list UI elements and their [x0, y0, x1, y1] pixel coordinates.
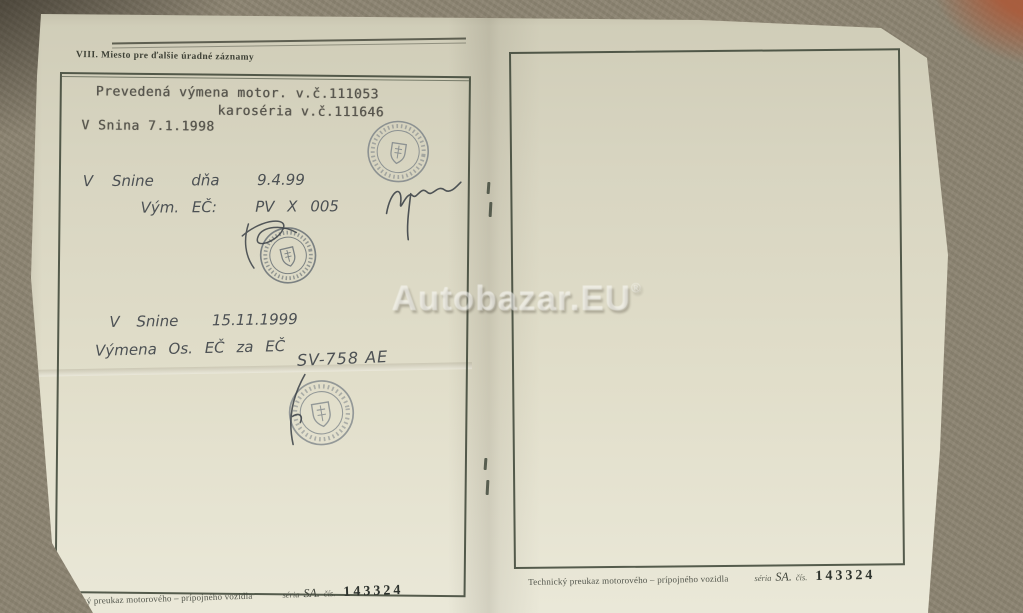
registered-trademark-icon: ® — [632, 281, 642, 296]
document-title: Technický preukaz motorového – prípojnéh… — [52, 591, 253, 607]
section-header: VIII. Miesto pre ďalšie úradné záznamy — [76, 50, 464, 66]
fold-stitch-mark — [489, 202, 493, 217]
photo-of-document: VIII. Miesto pre ďalšie úradné záznamy P… — [0, 0, 1023, 613]
typed-record-line-3: V Snina 7.1.1998 — [81, 118, 214, 134]
fold-stitch-mark — [487, 182, 491, 194]
serial-number: 143324 — [815, 568, 875, 585]
double-rule-line — [62, 76, 469, 81]
typed-record-line-1: Prevedená výmena motor. v.č.111053 — [96, 84, 379, 102]
handwritten-note-2: Výmena Os. EČ za EČ — [95, 337, 285, 360]
series-label: séria — [754, 573, 771, 583]
pen-stroke-icon — [280, 372, 315, 448]
right-page-footer: Technický preukaz motorového – prípojnéh… — [528, 568, 876, 590]
signature-icon — [380, 173, 465, 244]
serial-number: 143324 — [343, 583, 403, 601]
document-title: Technický preukaz motorového – prípojnéh… — [528, 574, 729, 587]
handwritten-note-1: Vým. EČ: PV X 005 — [141, 197, 339, 216]
back-page-edge-line — [112, 38, 466, 49]
autobazar-watermark: Autobazar.EU® — [352, 280, 682, 320]
number-label: čís. — [324, 588, 336, 598]
handwritten-place-date-2: V Snine 15.11.1999 — [109, 310, 298, 331]
document-paper-sheet: VIII. Miesto pre ďalšie úradné záznamy P… — [0, 0, 1023, 613]
handwritten-place-date-1: V Snine dňa 9.4.99 — [83, 171, 305, 191]
fold-stitch-mark — [484, 458, 488, 470]
series-value: SA. — [775, 569, 792, 584]
signature-icon — [238, 216, 315, 277]
left-page-record-box: Prevedená výmena motor. v.č.111053 karos… — [55, 72, 471, 597]
typed-record-line-2: karoséria v.č.111646 — [218, 104, 385, 121]
watermark-text: Autobazar.EU — [392, 280, 632, 319]
handwritten-plate-number: SV-758 AE — [297, 347, 389, 370]
fold-stitch-mark — [486, 480, 490, 495]
number-label: čís. — [796, 572, 808, 582]
series-label: séria — [282, 589, 299, 600]
series-value: SA. — [303, 586, 320, 602]
